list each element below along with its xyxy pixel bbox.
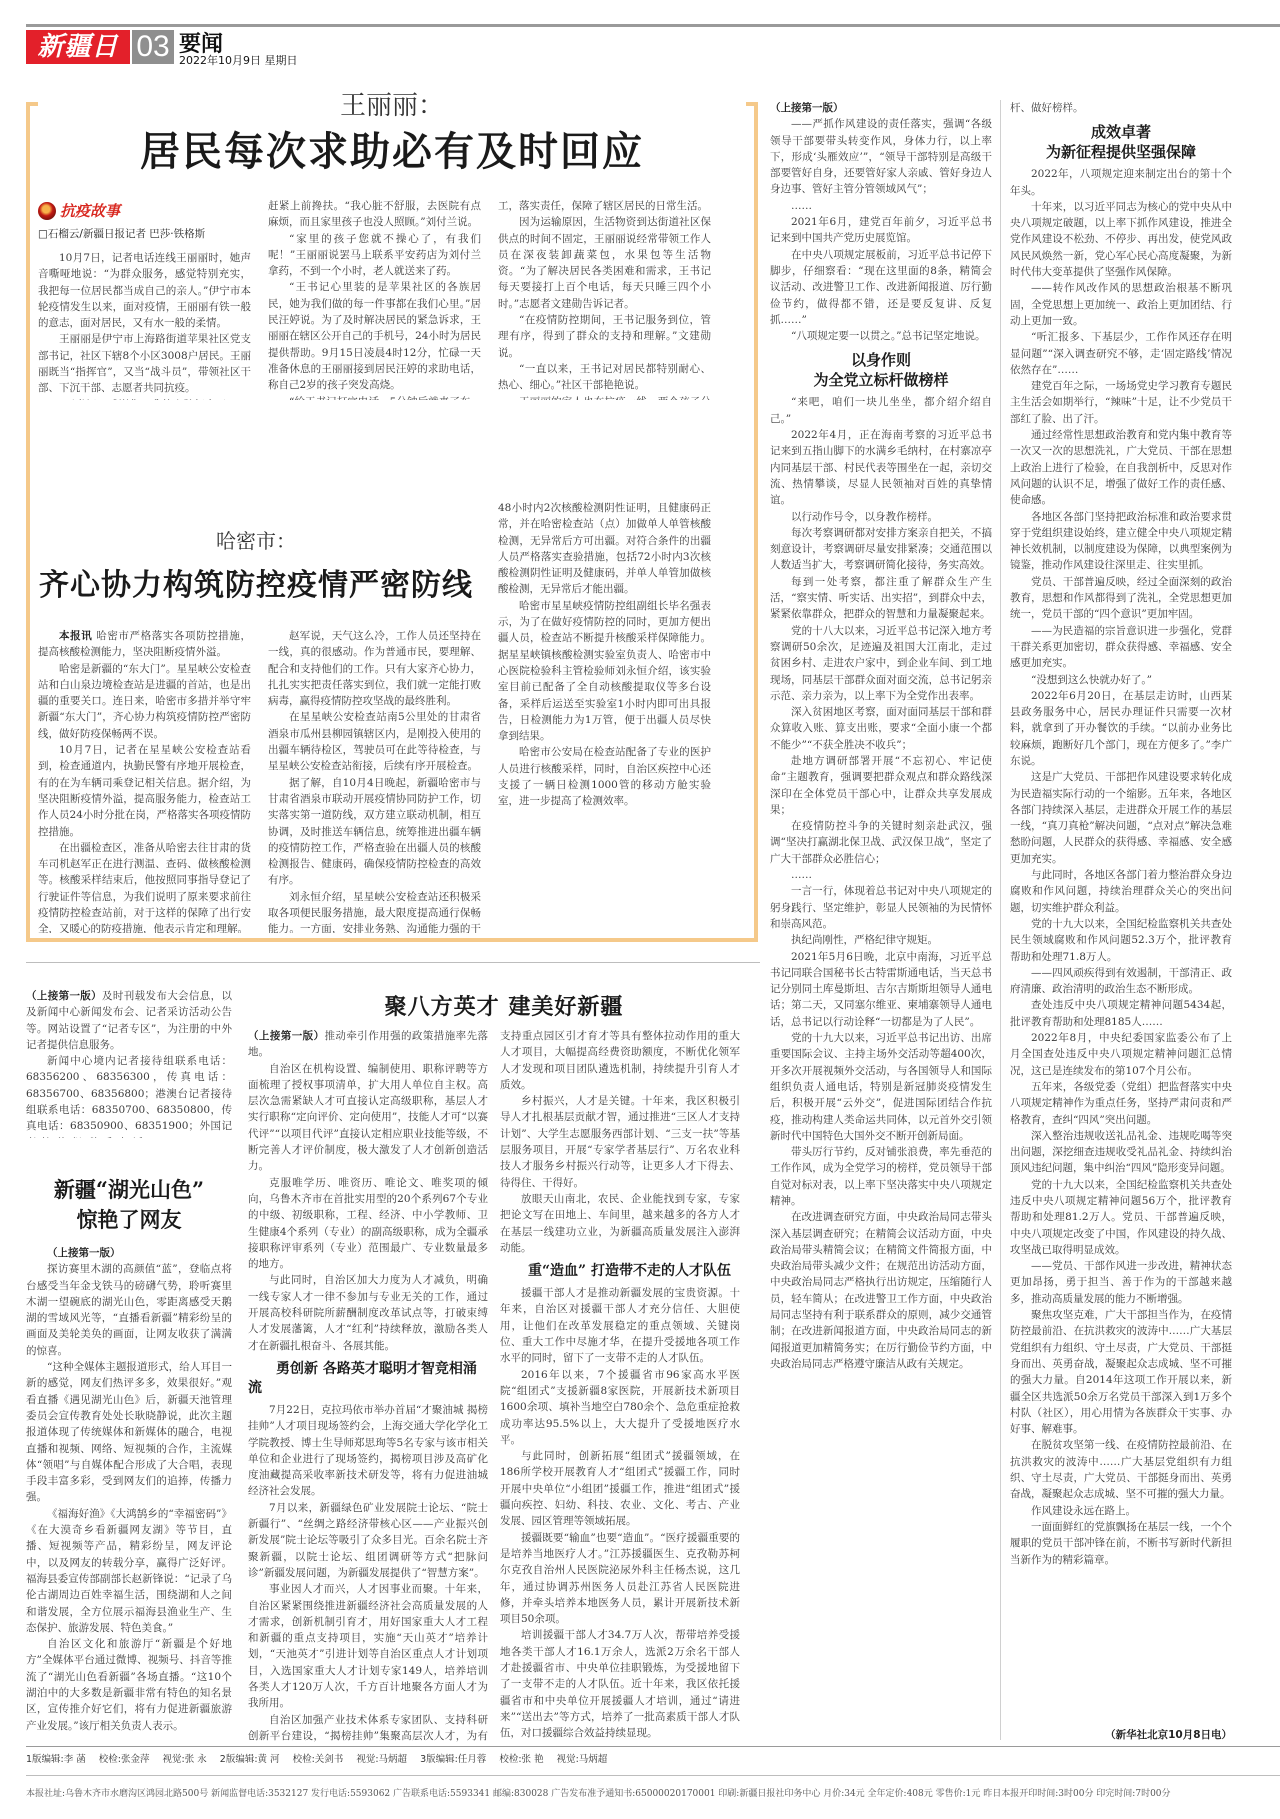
paragraph: 支持重点园区引才育才等具有整体拉动作用的重大人才项目，大幅提高经费资助额度，不断… bbox=[500, 1028, 740, 1093]
paragraph: 王丽丽是伊宁市上海路街道苹果社区党支部书记，社区下辖8个小区3008户居民。王丽… bbox=[38, 331, 251, 396]
credit-item: 校检:关剑书 bbox=[293, 1754, 344, 1765]
credit-item: 视觉:马炳超 bbox=[557, 1754, 608, 1765]
headline-line: 新疆“湖光山色” bbox=[26, 1175, 232, 1205]
paragraph: 一面面鲜红的党旗飘扬在基层一线，一个个履职的党员干部冲锋在前，不断书写新时代新担… bbox=[1010, 1519, 1232, 1568]
article-5-headline[interactable]: 聚八方英才 建美好新疆 bbox=[248, 990, 760, 1021]
paragraph: 在星星峡公安检查站南5公里处的甘肃省酒泉市瓜州县柳园镇辖区内，是刚投入使用的出疆… bbox=[268, 709, 481, 774]
paragraph: “听汇报多、下基层少，工作作风还存在明显问题”“深入调查研究不够，走‘固定路线’… bbox=[1010, 329, 1232, 378]
paragraph: 48小时内2次核酸检测阴性证明，且健康码正常，并在哈密检查站（点）加做单人单管核… bbox=[498, 500, 711, 598]
subhead-line: 为新征程提供坚强保障 bbox=[1010, 142, 1232, 162]
paragraph: “王书记，感谢你，我的心脏好多了。”10月5日，社区居民刘付兰在微信上给王丽丽留… bbox=[38, 397, 251, 400]
paragraph: “给王书记打完电话，5分钟后就来了车，点对点送我们到了医院。”汪婷感慨地说，每次… bbox=[268, 394, 481, 400]
paragraph: 自治区文化和旅游厅“新疆是个好地方”全媒体平台通过微博、视频号、抖音等推流了“湖… bbox=[26, 1636, 232, 1734]
paragraph: 在疫情防控斗争的关键时刻亲赴武汉，强调“坚决打赢湖北保卫战、武汉保卫战”，坚定了… bbox=[770, 818, 992, 867]
credit-item: 校检:张金萍 bbox=[99, 1754, 150, 1765]
article-1-headline[interactable]: 居民每次求助必有及时回应 bbox=[26, 120, 758, 177]
credit-item: 2版编辑:黄 河 bbox=[220, 1754, 280, 1765]
paragraph: ——四风顽疾得到有效遏制，干部清正、政府清廉、政治清明的政治生态不断形成。 bbox=[1010, 965, 1232, 998]
subhead-remarkable-results: 成效卓著 为新征程提供坚强保障 bbox=[1010, 122, 1232, 162]
paragraph: 新闻中心境内记者接待组联系电话：68356200、68356300，传真电话：6… bbox=[26, 1053, 232, 1138]
paragraph: 2022年4月，正在海南考察的习近平总书记来到五指山脚下的水满乡毛纳村，在村寨凉… bbox=[770, 427, 992, 508]
lead-label: （上接第一版） bbox=[248, 1030, 325, 1042]
paragraph: 这是广大党员、干部把作风建设要求转化成为民造福实际行动的一个缩影。五年来，各地区… bbox=[1010, 769, 1232, 867]
paragraph: “在疫情防控期间，王书记服务到位，管理有序，得到了群众的支持和理解。”文建勋说。 bbox=[498, 312, 711, 361]
paragraph: 培训援疆干部人才34.7万人次，帮带培养受援地各类干部人才16.1万余人，选派2… bbox=[500, 1627, 740, 1741]
newspaper-logo[interactable]: 新疆日报 bbox=[26, 30, 130, 64]
credit-item: 3版编辑:任月蓉 bbox=[420, 1754, 486, 1765]
section-divider bbox=[26, 962, 760, 963]
paragraph: …… bbox=[770, 867, 992, 883]
article-1-column-1: 10月7日，记者电话连线王丽丽时，她声音嘶哑地说：“为群众服务，感觉特别充实，我… bbox=[38, 250, 251, 400]
paragraph: 通过经常性思想政治教育和党内集中教育等一次又一次的思想洗礼，广大党员、干部在思想… bbox=[1010, 427, 1232, 508]
paragraph: ——党员、干部作风进一步改进，精神状态更加昂扬，勇于担当、善于作为的干部越来越多… bbox=[1010, 1258, 1232, 1307]
column-divider bbox=[1000, 100, 1001, 1740]
paragraph: 因为运输原因，生活物资到达街道社区保供点的时间不固定，王丽丽说经常带领工作人员在… bbox=[498, 214, 711, 312]
article-5-column-2: 支持重点园区引才育才等具有整体拉动作用的重大人才项目，大幅提高经费资助额度，不断… bbox=[500, 1028, 740, 1743]
paragraph: 在出疆检查区，准备从哈密去往甘肃的货车司机赵军正在进行测温、查码、做核酸检测等。… bbox=[38, 840, 251, 933]
article-1-kicker: 王丽丽： bbox=[26, 85, 758, 122]
footer-info-divider bbox=[26, 1775, 1280, 1776]
paragraph: 各地区各部门坚持把政治标准和政治要求贯穿于党组织建设始终，建立健全中央八项规定精… bbox=[1010, 509, 1232, 574]
paragraph: 工，落实责任，保障了辖区居民的日常生活。 bbox=[498, 198, 711, 214]
paragraph: 作风建设永远在路上。 bbox=[1010, 1503, 1232, 1519]
xinhua-dateline: （新华社北京10月8日电） bbox=[1010, 1727, 1232, 1742]
paragraph: 聚焦攻坚克难，广大干部担当作为，在疫情防控最前沿、在抗洪救灾的波涛中……广大基层… bbox=[1010, 1307, 1232, 1437]
paragraph: 党员、干部普遍反映，经过全面深刻的政治教育，思想和作风都得到了洗礼，全党思想更加… bbox=[1010, 574, 1232, 623]
paragraph: 《福海好渔》《大鸿鹄乡的“幸福密码”》《在大漠奇乡看新疆网友湖》等节目，直播、短… bbox=[26, 1506, 232, 1636]
subhead-blood-making: 重“造血” 打造带不走的人才队伍 bbox=[500, 1262, 740, 1281]
masthead: 新疆日报 03 要闻 2022年10月9日 星期日 bbox=[26, 24, 1280, 64]
paragraph: 五年来，各级党委（党组）把监督落实中央八项规定精神作为重点任务，坚持严肃问责和严… bbox=[1010, 1079, 1232, 1128]
paragraph: 2021年6月，建党百年前夕，习近平总书记来到中国共产党历史展览馆。 bbox=[770, 214, 992, 247]
paragraph: “这种全媒体主题报道形式，给人耳目一新的感觉，网友们热评多多，效果很好。”观看直… bbox=[26, 1359, 232, 1506]
article-5-column-1: （上接第一版）推动牵引作用强的政策措施率先落地。 自治区在机构设置、编制使用、职… bbox=[248, 1028, 488, 1743]
paragraph: 哈密市星星峡疫情防控组副组长毕名强表示，为了在做好疫情防控的同时，更加方便出疆人… bbox=[498, 598, 711, 745]
subhead-lead-by-example: 以身作则 为全党立标杆做榜样 bbox=[770, 350, 992, 390]
paragraph: 2016年以来，7个援疆省市96家高水平医院“组团式”支援新疆8家医院，开展新技… bbox=[500, 1367, 740, 1448]
paragraph: 2022年8月，中央纪委国家监委公布了上月全国查处违反中央八项规定精神问题汇总情… bbox=[1010, 1030, 1232, 1079]
paragraph: 哈密是新疆的“东大门”。星星峡公安检查站和白山泉边境检查站是进疆的首站，也是出疆… bbox=[38, 661, 251, 742]
paragraph: 建党百年之际，一场场党史学习教育专题民主生活会如期举行，“辣味”十足，让不少党员… bbox=[1010, 378, 1232, 427]
lead-label: （上接第一版） bbox=[47, 1247, 121, 1259]
paragraph: 自治区加强产业技术体系专家团队、支持科研创新平台建设，“揭榜挂帅”集聚高层次人才… bbox=[248, 1712, 488, 1743]
article-1-column-2: 赶紧上前搀扶。“我心脏不舒服，去医院有点麻烦，而且家里孩子也没人照顾。”刘付兰说… bbox=[268, 198, 481, 400]
paragraph: 在改进调查研究方面，中央政治局同志带头深入基层调查研究；在精简会议活动方面，中央… bbox=[770, 1209, 992, 1372]
lead-label: （上接第一版） bbox=[26, 990, 102, 1002]
article-2-column-3: 48小时内2次核酸检测阴性证明，且健康码正常，并在哈密检查站（点）加做单人单管核… bbox=[498, 500, 711, 933]
paragraph: “一直以来，王书记对居民都特别耐心、热心、细心。”社区干部艳艳说。 bbox=[498, 361, 711, 394]
subhead-line: 为全党立标杆做榜样 bbox=[770, 370, 992, 390]
paragraph: “家里的孩子您就不操心了，有我们呢！”王丽丽说罢马上联系平安药店为刘付兰拿药，不… bbox=[268, 231, 481, 280]
paragraph: 援疆干部人才是推动新疆发展的宝贵资源。十年来，自治区对援疆干部人才充分信任、大胆… bbox=[500, 1285, 740, 1366]
paragraph: ——为民造福的宗旨意识进一步强化，党群干群关系更加密切，群众获得感、幸福感、安全… bbox=[1010, 623, 1232, 672]
credit-item: 视觉:张 永 bbox=[163, 1754, 207, 1765]
article-4-column: （上接第一版） 探访赛里木湖的高颜值“蓝”，登临点将台感受当年金戈铁马的磅礴气势… bbox=[26, 1245, 232, 1745]
paragraph: 王丽丽的家人也在抗疫一线，两个孩子分别受防公益受援者和自己的母亲照顾，两个多月来… bbox=[498, 394, 711, 400]
credit-item: 视觉:马炳超 bbox=[356, 1754, 407, 1765]
publication-info: 本报社址:乌鲁木齐市水磨沟区鸿园北路500号 新闻监督电话:3532127 发行… bbox=[26, 1786, 1280, 1799]
tag-label: 抗疫故事 bbox=[60, 200, 120, 221]
paragraph: 杆、做好榜样。 bbox=[1010, 100, 1232, 116]
paragraph: 每到一处考察，都注重了解群众生产生活，“察实情、听实话、出实招”，到群众中去，紧… bbox=[770, 574, 992, 623]
subhead-line: 以身作则 bbox=[770, 350, 992, 370]
paragraph: 在中央八项规定展板前，习近平总书记停下脚步，仔细察看：“现在这里面的8条，精简会… bbox=[770, 247, 992, 328]
issue-date: 2022年10月9日 星期日 bbox=[179, 52, 298, 68]
paragraph: 执纪尚刚性，严格纪律守规矩。 bbox=[770, 932, 992, 948]
article-6-column-1: （上接第一版） ——严抓作风建设的责任落实，强调“各级领导干部要带头转变作风，身… bbox=[770, 100, 992, 1745]
paragraph: “没想到这么快就办好了。” bbox=[1010, 672, 1232, 688]
paragraph: 党的十九大以来，习近平总书记出访、出席重要国际会议、主持主场外交活动等超400次… bbox=[770, 1030, 992, 1144]
paragraph: …… bbox=[770, 198, 992, 214]
paragraph: 援疆既要“输血”也要“造血”。“医疗援疆重要的是培养当地医疗人才。”江苏援疆医生… bbox=[500, 1530, 740, 1628]
footer-divider bbox=[26, 1746, 1280, 1747]
paragraph: “王书记心里装的是苹果社区的各族居民，她为我们做的每一件事都在我们心里。”居民汪… bbox=[268, 279, 481, 393]
paragraph: 探访赛里木湖的高颜值“蓝”，登临点将台感受当年金戈铁马的磅礴气势，聆听赛里木湖一… bbox=[26, 1261, 232, 1359]
article-2-kicker: 哈密市： bbox=[26, 525, 486, 554]
paragraph: 7月以来，新疆绿色矿业发展院士论坛、“院士新疆行”、“丝绸之路经济带核心区——产… bbox=[248, 1500, 488, 1581]
article-1-byline: □石榴云/新疆日报记者 巴莎·铁格斯 bbox=[38, 226, 205, 241]
paragraph: 放眼天山南北，农民、企业能找到专家，专家把论文写在田地上、车间里，越来越多的各方… bbox=[500, 1191, 740, 1256]
paragraph: “八项规定要一以贯之。”总书记坚定地说。 bbox=[770, 328, 992, 344]
article-1-column-3: 工，落实责任，保障了辖区居民的日常生活。 因为运输原因，生活物资到达街道社区保供… bbox=[498, 198, 711, 400]
paragraph: 与此同时，创新拓展“组团式”援疆领域，在186所学校开展教育人才“组团式”援疆工… bbox=[500, 1448, 740, 1529]
paragraph: 在脱贫攻坚第一线、在疫情防控最前沿、在抗洪救灾的波涛中……广大基层党组织有力组织… bbox=[1010, 1437, 1232, 1502]
paragraph: 查处违反中央八项规定精神问题5434起，批评教育帮助和处理8185人…… bbox=[1010, 997, 1232, 1030]
lead-label: （上接第一版） bbox=[770, 102, 844, 114]
tag-badge-icon bbox=[38, 202, 56, 220]
article-4-headline[interactable]: 新疆“湖光山色” 惊艳了网友 bbox=[26, 1175, 232, 1235]
paragraph: 赵军说，天气这么冷，工作人员还坚持在一线，真的很感动。作为普通市民，要理解、配合… bbox=[268, 628, 481, 709]
paragraph: 10月7日，记者在星星峡公安检查站看到，检查通道内，执勤民警有序地开展检查，有的… bbox=[38, 742, 251, 840]
paragraph: 2021年5月6日晚，北京中南海，习近平总书记同联合国秘书长古特雷斯通电话，当天… bbox=[770, 949, 992, 1030]
headline-line: 惊艳了网友 bbox=[26, 1205, 232, 1235]
article-3-column: （上接第一版）及时刊载发布大会信息，以及新闻中心新闻发布会、记者采访活动公告等。… bbox=[26, 988, 232, 1138]
paragraph: ——转作风改作风的思想政治根基不断巩固，全党思想上更加统一、政治上更加团结、行动… bbox=[1010, 280, 1232, 329]
paragraph: 与此同时，各地区各部门着力整治群众身边腐败和作风问题，持续治理群众关心的突出问题… bbox=[1010, 867, 1232, 916]
subhead-line: 成效卓著 bbox=[1010, 122, 1232, 142]
paragraph: 7月22日，克拉玛依市举办首届“才聚油城 揭榜挂帅”人才项目现场签约会，上海交通… bbox=[248, 1402, 488, 1500]
paragraph: 一言一行，体现着总书记对中央八项规定的躬身践行、坚定维护，彰显人民领袖的为民情怀… bbox=[770, 883, 992, 932]
section-tag: 抗疫故事 bbox=[38, 200, 120, 221]
paragraph: 带头厉行节约，反对铺张浪费，率先垂范的工作作风，成为全党学习的榜样，党员领导干部… bbox=[770, 1144, 992, 1209]
paragraph: 10月7日，记者电话连线王丽丽时，她声音嘶哑地说：“为群众服务，感觉特别充实，我… bbox=[38, 250, 251, 331]
paragraph: 克服唯学历、唯资历、唯论文、唯奖项的倾向，乌鲁木齐市在首批实用型的20个系列67… bbox=[248, 1175, 488, 1273]
paragraph: ——严抓作风建设的责任落实，强调“各级领导干部要带头转变作风，身体力行，以上率下… bbox=[770, 116, 992, 197]
editor-credits: 1版编辑:李 菡 校检:张金萍 视觉:张 永 2版编辑:黄 河 校检:关剑书 视… bbox=[26, 1751, 617, 1765]
paragraph: 深入整治违规收送礼品礼金、违规吃喝等突出问题，深挖细查违规收受礼品礼金、持续纠治… bbox=[1010, 1128, 1232, 1177]
paragraph: 2022年，八项规定迎来制定出台的第十个年头。 bbox=[1010, 166, 1232, 199]
credit-item: 校检:张 艳 bbox=[499, 1754, 543, 1765]
paragraph: 事业因人才而兴，人才因事业而聚。十年来，自治区紧紧围绕推进新疆经济社会高质量发展… bbox=[248, 1581, 488, 1711]
lead-label: 本报讯 bbox=[59, 630, 92, 642]
article-6-column-2: 杆、做好榜样。 成效卓著 为新征程提供坚强保障 2022年，八项规定迎来制定出台… bbox=[1010, 100, 1232, 1745]
article-2-column-2: 赵军说，天气这么冷，工作人员还坚持在一线，真的很感动。作为普通市民，要理解、配合… bbox=[268, 628, 481, 933]
paragraph: 刘永恒介绍，星星峡公安检查站还积极采取各项便民服务措施，最大限度提高通行保畅能力… bbox=[268, 889, 481, 933]
paragraph: 党的十九大以来，全国纪检监察机关共查处违反中央八项规定精神问题56万个，批评教育… bbox=[1010, 1177, 1232, 1258]
paragraph: 赴地方调研部署开展“不忘初心、牢记使命”主题教育，强调要把群众观点和群众路线深深… bbox=[770, 753, 992, 818]
paragraph: 自治区在机构设置、编制使用、职称评聘等方面梳理了授权事项清单，扩大用人单位自主权… bbox=[248, 1061, 488, 1175]
subhead-innovation: 勇创新 各路英才聪明才智竞相涌流 bbox=[248, 1360, 488, 1398]
paragraph: “来吧，咱们一块儿坐坐，都介绍介绍自己。” bbox=[770, 394, 992, 427]
article-2-headline[interactable]: 齐心协力构筑防控疫情严密防线 bbox=[26, 560, 486, 604]
paragraph: 与此同时，自治区加大力度为人才减负，明确一线专家人才一律不参加与专业无关的工作，… bbox=[248, 1272, 488, 1353]
paragraph: 党的十八大以来，习近平总书记深入地方考察调研50余次，足迹遍及祖国大江南北，走过… bbox=[770, 623, 992, 704]
paragraph: 据了解，自10月4日晚起，新疆哈密市与甘肃省酒泉市联动开展疫情协同防护工作，切实… bbox=[268, 775, 481, 889]
paragraph: 以行动作号令，以身教作榜样。 bbox=[770, 509, 992, 525]
credit-item: 1版编辑:李 菡 bbox=[26, 1754, 86, 1765]
paragraph: 哈密市公安局在检查站配备了专业的医护人员进行核酸采样，同时，自治区疾控中心还支援… bbox=[498, 744, 711, 809]
paragraph: 乡村振兴，人才是关键。十年来，我区积极引导人才扎根基层贡献才智，通过推进“三区人… bbox=[500, 1093, 740, 1191]
paragraph: 深入贫困地区考察，面对面同基层干部和群众算收入账、算支出账，要求“全面小康一个都… bbox=[770, 704, 992, 753]
page-number: 03 bbox=[132, 30, 174, 64]
paragraph: 2022年6月20日，在基层走访时，山西某县政务服务中心，居民办理证件只需要一次… bbox=[1010, 688, 1232, 769]
paragraph: 十年来，以习近平同志为核心的党中央从中央八项规定破题，以上率下抓作风建设，推进全… bbox=[1010, 199, 1232, 280]
paragraph: 赶紧上前搀扶。“我心脏不舒服，去医院有点麻烦，而且家里孩子也没人照顾。”刘付兰说… bbox=[268, 198, 481, 231]
paragraph: 党的十九大以来，全国纪检监察机关共查处民生领域腐败和作风问题52.3万个，批评教… bbox=[1010, 916, 1232, 965]
paragraph: 每次考察调研都对安排方案亲自把关，不搞刻意设计，考察调研尽量安排紧凑；交通范围以… bbox=[770, 525, 992, 574]
article-2-column-1: 本报讯 哈密市严格落实各项防控措施，提高核酸检测能力，坚决阻断疫情外溢。 哈密是… bbox=[38, 628, 251, 933]
